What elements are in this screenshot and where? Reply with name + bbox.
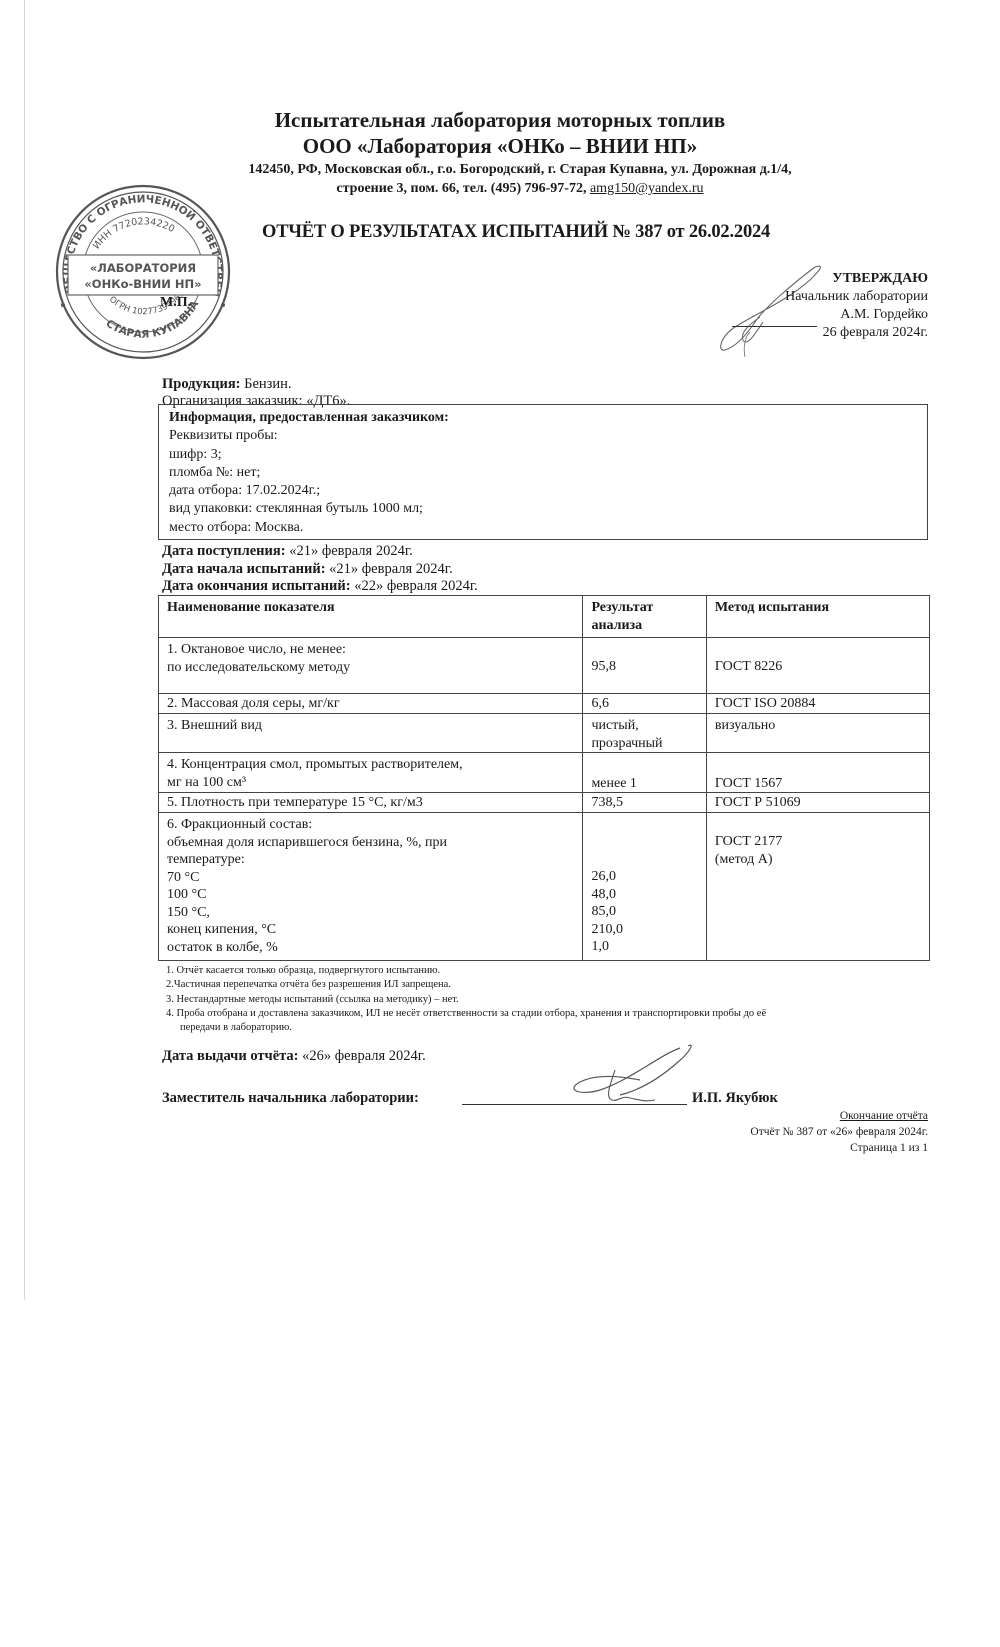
test-dates: Дата поступления: «21» февраля 2024г. Да… — [162, 543, 478, 596]
product-value: Бензин. — [241, 376, 292, 392]
sample-details-label: Реквизиты пробы: — [169, 427, 927, 445]
product-line: Продукция: Бензин. — [162, 375, 292, 393]
received-date: Дата поступления: «21» февраля 2024г. — [162, 543, 478, 561]
deputy-signature — [560, 1040, 700, 1110]
result-cell: чистый, прозрачный — [583, 714, 706, 753]
deputy-position: Заместитель начальника лаборатории: — [162, 1090, 419, 1107]
method-cell: визуально — [706, 714, 929, 753]
sample-code: шифр: 3; — [169, 446, 927, 464]
method-cell: ГОСТ 2177 (метод А) — [706, 813, 929, 961]
customer-info-title: Информация, предоставленная заказчиком: — [169, 409, 927, 427]
approval-title: УТВЕРЖДАЮ — [785, 270, 928, 288]
note-4: 4. Проба отобрана и доставлена заказчико… — [166, 1007, 936, 1021]
method-cell: ГОСТ 1567 — [706, 753, 929, 793]
packaging-type: вид упаковки: стеклянная бутыль 1000 мл; — [169, 500, 927, 518]
indicator-cell: 5. Плотность при температуре 15 °С, кг/м… — [159, 793, 583, 813]
address-contacts: строение 3, пом. 66, тел. (495) 796-97-7… — [336, 181, 590, 196]
issue-date-value: «26» февраля 2024г. — [299, 1048, 426, 1064]
customer-info-box: Информация, предоставленная заказчиком: … — [158, 404, 928, 540]
indicator-cell: 1. Октановое число, не менее: по исследо… — [159, 638, 583, 694]
report-title: ОТЧЁТ О РЕЗУЛЬТАТАХ ИСПЫТАНИЙ № 387 от 2… — [262, 222, 770, 243]
svg-text:«ОНКо-ВНИИ НП»: «ОНКо-ВНИИ НП» — [84, 277, 201, 291]
table-header-row: Наименование показателя Результат анализ… — [159, 596, 930, 638]
deputy-name: И.П. Якубюк — [692, 1090, 778, 1107]
sampling-place: место отбора: Москва. — [169, 519, 927, 537]
column-header-method: Метод испытания — [706, 596, 929, 638]
test-end-date: Дата окончания испытаний: «22» февраля 2… — [162, 578, 478, 596]
stamp-mp-label: М.П. — [160, 295, 191, 311]
column-header-result: Результат анализа — [583, 596, 706, 638]
approval-position: Начальник лаборатории — [785, 288, 928, 306]
report-reference: Отчёт № 387 от «26» февраля 2024г. — [750, 1124, 928, 1140]
column-header-indicator: Наименование показателя — [159, 596, 583, 638]
email-link[interactable]: amg150@yandex.ru — [590, 181, 704, 196]
table-row: 3. Внешний вид чистый, прозрачный визуал… — [159, 714, 930, 753]
note-3: 3. Нестандартные методы испытаний (ссылк… — [166, 993, 936, 1007]
note-4-continuation: передачи в лабораторию. — [166, 1021, 936, 1035]
table-row: 1. Октановое число, не менее: по исследо… — [159, 638, 930, 694]
table-row: 5. Плотность при температуре 15 °С, кг/м… — [159, 793, 930, 813]
method-cell: ГОСТ 8226 — [706, 638, 929, 694]
table-row: 6. Фракционный состав: объемная доля исп… — [159, 813, 930, 961]
indicator-cell: 4. Концентрация смол, промытых растворит… — [159, 753, 583, 793]
issue-date-label: Дата выдачи отчёта: — [162, 1048, 299, 1064]
approval-name: А.М. Гордейко — [785, 306, 928, 324]
seal-number: пломба №: нет; — [169, 464, 927, 482]
address-line-1: 142450, РФ, Московская обл., г.о. Богоро… — [0, 162, 1000, 178]
note-2: 2.Частичная перепечатка отчёта без разре… — [166, 978, 936, 992]
organization-name: ООО «Лаборатория «ОНКо – ВНИИ НП» — [0, 134, 1000, 159]
report-notes: 1. Отчёт касается только образца, подвер… — [166, 964, 936, 1035]
round-seal-stamp: ОБЩЕСТВО С ОГРАНИЧЕННОЙ ОТВЕТСТВЕННОСТЬЮ… — [48, 180, 238, 360]
sampling-date: дата отбора: 17.02.2024г.; — [169, 482, 927, 500]
results-table: Наименование показателя Результат анализ… — [158, 595, 930, 961]
approval-block: УТВЕРЖДАЮ Начальник лаборатории А.М. Гор… — [785, 270, 928, 342]
product-label: Продукция: — [162, 376, 241, 392]
page-number: Страница 1 из 1 — [750, 1140, 928, 1156]
result-cell: 95,8 — [583, 638, 706, 694]
issue-date: Дата выдачи отчёта: «26» февраля 2024г. — [162, 1048, 426, 1065]
table-row: 2. Массовая доля серы, мг/кг 6,6 ГОСТ IS… — [159, 694, 930, 714]
approval-date: 26 февраля 2024г. — [785, 324, 928, 342]
table-row: 4. Концентрация смол, промытых растворит… — [159, 753, 930, 793]
result-cell: 26,0 48,0 85,0 210,0 1,0 — [583, 813, 706, 961]
report-footer: Окончание отчёта Отчёт № 387 от «26» фев… — [750, 1108, 928, 1156]
result-cell: 6,6 — [583, 694, 706, 714]
indicator-cell: 2. Массовая доля серы, мг/кг — [159, 694, 583, 714]
method-cell: ГОСТ ISO 20884 — [706, 694, 929, 714]
result-cell: менее 1 — [583, 753, 706, 793]
svg-text:«ЛАБОРАТОРИЯ: «ЛАБОРАТОРИЯ — [90, 261, 196, 275]
method-cell: ГОСТ Р 51069 — [706, 793, 929, 813]
test-start-date: Дата начала испытаний: «21» февраля 2024… — [162, 561, 478, 579]
note-1: 1. Отчёт касается только образца, подвер… — [166, 964, 936, 978]
end-of-report-label: Окончание отчёта — [750, 1108, 928, 1124]
svg-text:ИНН 7720234220: ИНН 7720234220 — [91, 216, 176, 251]
lab-name: Испытательная лаборатория моторных топли… — [0, 108, 1000, 133]
indicator-cell: 6. Фракционный состав: объемная доля исп… — [159, 813, 583, 961]
indicator-cell: 3. Внешний вид — [159, 714, 583, 753]
result-cell: 738,5 — [583, 793, 706, 813]
